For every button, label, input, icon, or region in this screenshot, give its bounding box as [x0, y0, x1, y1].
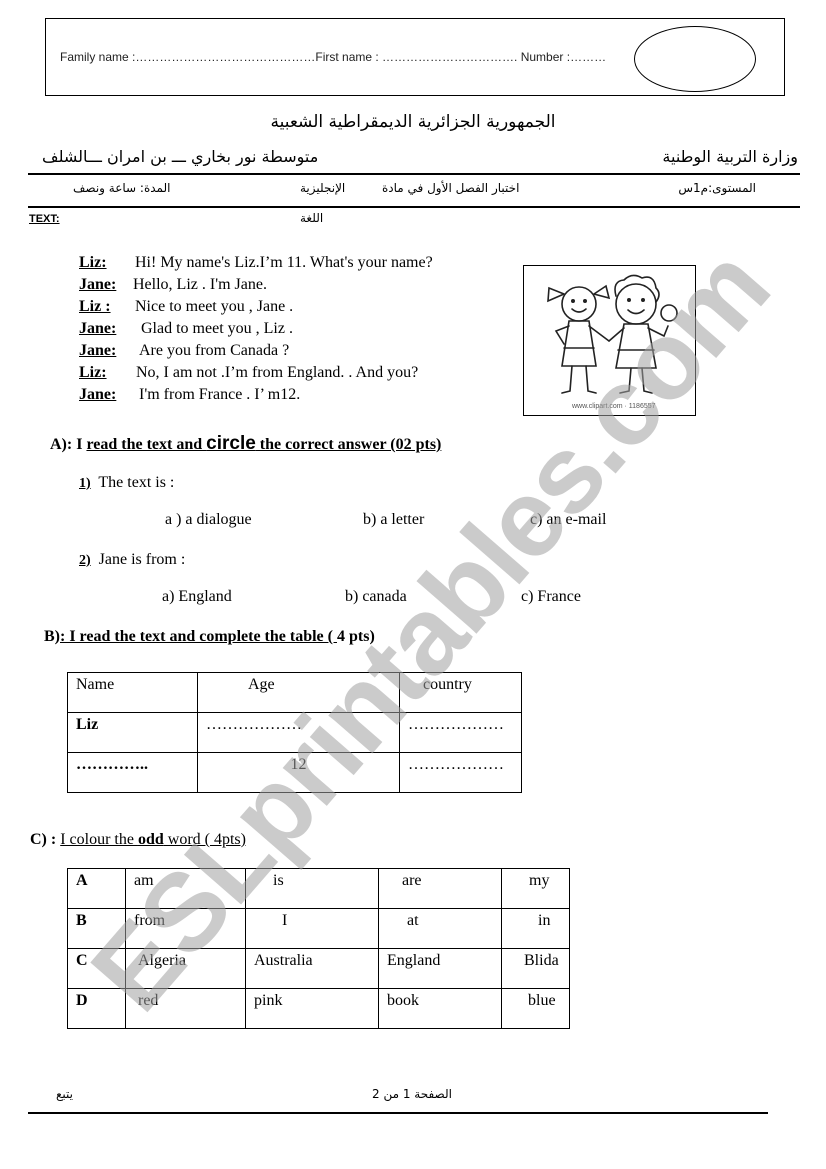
table-row: A am is are my [68, 869, 570, 909]
question-text: The text is : [98, 474, 174, 491]
level-label: المستوى:م1س [678, 181, 756, 195]
word-cell[interactable]: from [126, 909, 246, 949]
question-2: 2) Jane is from : [79, 551, 185, 569]
line-text: No, I am not .I’m from England. . And yo… [136, 364, 418, 381]
speaker: Liz : [79, 298, 135, 316]
dialogue-line: Liz:Hi! My name's Liz.I’m 11. What's you… [79, 254, 433, 272]
subject-label-line2: اللغة [300, 211, 323, 225]
school-name: متوسطة نور بخاري ـــ بن امران ـــالشلف [42, 147, 318, 166]
word-cell[interactable]: pink [246, 989, 379, 1029]
section-c-title: C) : I colour the odd word ( 4pts) [30, 831, 246, 849]
word-cell[interactable]: Australia [246, 949, 379, 989]
speaker: Liz: [79, 364, 136, 382]
table-row: D red pink book blue [68, 989, 570, 1029]
word-cell[interactable]: blue [502, 989, 570, 1029]
family-name-field[interactable]: Family name :……………………………………… [60, 50, 315, 64]
speaker: Jane: [79, 342, 139, 360]
option[interactable]: a) England [162, 588, 232, 606]
row-label: A [68, 869, 126, 909]
row-label: B [68, 909, 126, 949]
subject-label: الإنجليزية [300, 181, 345, 195]
word-cell[interactable]: red [126, 989, 246, 1029]
exam-title: اختبار الفصل الأول في مادة [382, 181, 519, 195]
line-text: Hello, Liz . I'm Jane. [133, 276, 267, 293]
option[interactable]: b) canada [345, 588, 407, 606]
speaker: Liz: [79, 254, 135, 272]
section-a-prefix: A): I [50, 436, 86, 453]
word-cell[interactable]: Blida [502, 949, 570, 989]
option[interactable]: b) a letter [363, 511, 424, 529]
word-cell[interactable]: is [246, 869, 379, 909]
word-cell[interactable]: my [502, 869, 570, 909]
odd-word-table: A am is are my B from I at in C Algeria … [67, 868, 570, 1029]
line-text: Glad to meet you , Liz . [141, 320, 293, 337]
word-cell[interactable]: at [379, 909, 502, 949]
speaker: Jane: [79, 276, 133, 294]
row-label: C [68, 949, 126, 989]
continue-label: يتبع [56, 1087, 73, 1101]
dialogue-line: Jane:Hello, Liz . I'm Jane. [79, 276, 267, 294]
header-cell: Name [68, 673, 198, 713]
table-row: C Algeria Australia England Blida [68, 949, 570, 989]
blank-cell[interactable]: ……………… [400, 713, 522, 753]
word-cell[interactable]: I [246, 909, 379, 949]
header-cell: Age [198, 673, 400, 713]
question-text: Jane is from : [99, 551, 186, 568]
table-row: B from I at in [68, 909, 570, 949]
image-caption: www.clipart.com · 1186557 [571, 403, 656, 410]
word-cell[interactable]: are [379, 869, 502, 909]
header-cell: country [400, 673, 522, 713]
section-a-title: A): I read the text and circle the corre… [50, 433, 441, 455]
dialogue-line: Liz :Nice to meet you , Jane . [79, 298, 293, 316]
word-cell[interactable]: book [379, 989, 502, 1029]
text-label: TEXT: [29, 213, 60, 225]
option[interactable]: c) an e-mail [530, 511, 606, 529]
footer-divider [28, 1112, 768, 1114]
blank-cell[interactable]: ……………… [198, 713, 400, 753]
option[interactable]: a ) a dialogue [165, 511, 252, 529]
cell: 12 [198, 753, 400, 793]
option[interactable]: c) France [521, 588, 581, 606]
word-cell[interactable]: England [379, 949, 502, 989]
duration-label: المدة: ساعة ونصف [73, 181, 170, 195]
row-label: D [68, 989, 126, 1029]
dialogue-line: Jane:I'm from France . I’ m12. [79, 386, 300, 404]
blank-cell[interactable]: ………….. [68, 753, 198, 793]
question-1: 1) The text is : [79, 474, 174, 492]
word-cell[interactable]: Algeria [126, 949, 246, 989]
header-divider [28, 173, 800, 175]
table-row: ………….. 12 ……………… [68, 753, 522, 793]
blank-cell[interactable]: ……………… [400, 753, 522, 793]
page-number: الصفحة 1 من 2 [372, 1087, 452, 1101]
cell: Liz [68, 713, 198, 753]
line-text: Nice to meet you , Jane . [135, 298, 293, 315]
dialogue-line: Jane:Are you from Canada ? [79, 342, 289, 360]
speaker: Jane: [79, 320, 141, 338]
section-a-instruction: read the text and circle the correct ans… [86, 436, 441, 453]
table-row: Liz ……………… ……………… [68, 713, 522, 753]
dialogue-line: Liz:No, I am not .I’m from England. . An… [79, 364, 418, 382]
student-info-box: Family name :………………………………………First name :… [45, 18, 785, 96]
question-number: 1) [79, 476, 91, 491]
two-girls-illustration: www.clipart.com · 1186557 [523, 265, 696, 416]
question-number: 2) [79, 553, 91, 568]
ministry-label: وزارة التربية الوطنية [662, 147, 798, 166]
line-text: Are you from Canada ? [139, 342, 289, 359]
table-header-row: Name Age country [68, 673, 522, 713]
section-b-title: B): I read the text and complete the tab… [44, 628, 375, 646]
speaker: Jane: [79, 386, 139, 404]
line-text: Hi! My name's Liz.I’m 11. What's your na… [135, 254, 433, 271]
number-field[interactable]: Number :……… [521, 50, 606, 64]
student-info-line: Family name :………………………………………First name :… [60, 50, 606, 64]
first-name-field[interactable]: First name : ……………………………. [315, 50, 517, 64]
complete-table: Name Age country Liz ……………… ……………… ………….… [67, 672, 522, 793]
grade-oval[interactable] [634, 26, 756, 92]
header-divider-2 [28, 206, 800, 208]
word-cell[interactable]: in [502, 909, 570, 949]
two-girls-icon: www.clipart.com · 1186557 [524, 266, 695, 415]
dialogue-line: Jane:Glad to meet you , Liz . [79, 320, 293, 338]
line-text: I'm from France . I’ m12. [139, 386, 300, 403]
republic-title: الجمهورية الجزائرية الديمقراطية الشعبية [0, 112, 826, 132]
word-cell[interactable]: am [126, 869, 246, 909]
